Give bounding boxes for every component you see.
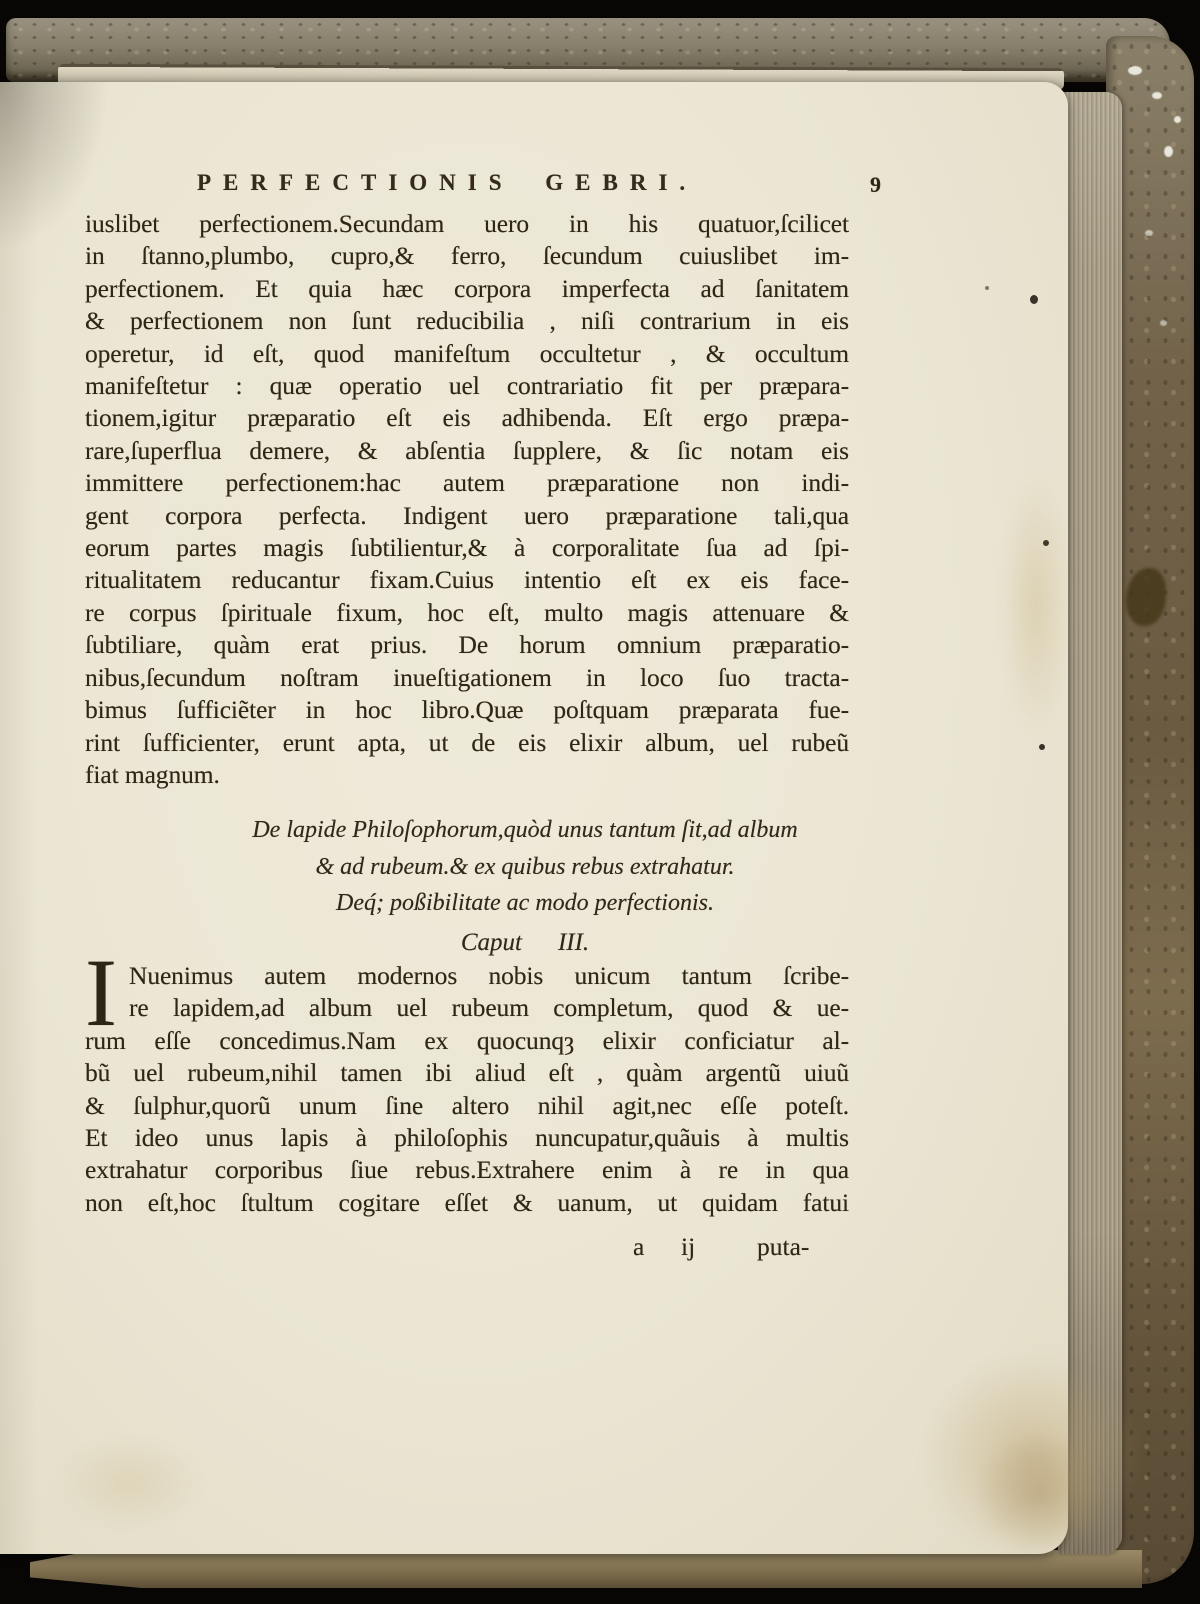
- text-line: immittere perfectionem:hac autem præpara…: [85, 467, 849, 499]
- paint-fleck: [1145, 230, 1153, 236]
- running-head: PERFECTIONIS GEBRI. 9: [85, 170, 865, 204]
- paragraph-1-last-line: fiat magnum.: [85, 759, 849, 791]
- text-line: re corpus ſpirituale fixum, hoc eſt, mul…: [85, 597, 849, 629]
- paragraph-2-lines: rum eſſe concedimus.Nam ex quocunqȝ elix…: [85, 1025, 849, 1219]
- text-line: rint ſufficienter, erunt apta, ut de eis…: [85, 727, 849, 759]
- chapter-heading-line: De lapide Philoſophorum,quòd unus tantum…: [95, 812, 955, 849]
- paint-fleck: [1174, 116, 1181, 123]
- text-line: & perfectionem non ſunt reducibilia , ni…: [85, 305, 849, 337]
- gathering-numeral: ij: [681, 1232, 695, 1262]
- signature-mark: a: [633, 1232, 644, 1262]
- text-line: operetur, id eſt, quod manifeſtum occult…: [85, 338, 849, 370]
- ink-speck: [985, 286, 989, 290]
- paint-fleck: [1160, 320, 1167, 326]
- text-line: eorum partes magis ſubtilientur,& à corp…: [85, 532, 849, 564]
- paint-fleck: [1164, 146, 1173, 157]
- text-line: ſubtiliare, quàm erat prius. De horum om…: [85, 629, 849, 661]
- text-line: bũ uel rubeum,nihil tamen ibi aliud eſt …: [85, 1057, 849, 1089]
- page-number: 9: [870, 172, 881, 198]
- ink-speck: [1039, 744, 1045, 750]
- text-line: rare,ſuperflua demere, & abſentia ſupple…: [85, 435, 849, 467]
- text-line: re lapidem,ad album uel rubeum completum…: [85, 992, 849, 1024]
- paragraph-2: Nuenimus autem modernos nobis unicum tan…: [85, 960, 849, 1219]
- text-line: in ſtanno,plumbo, cupro,& ferro, ſecundu…: [85, 240, 849, 272]
- text-line: Et ideo unus lapis à philoſophis nuncupa…: [85, 1122, 849, 1154]
- chapter-heading: De lapide Philoſophorum,quòd unus tantum…: [95, 812, 955, 961]
- text-line: perfectionem. Et quia hæc corpora imperf…: [85, 273, 849, 305]
- text-line: iuslibet perfectionem.Secundam uero in h…: [85, 208, 849, 240]
- caput-numeral: III.: [558, 929, 589, 956]
- text-line: extrahatur corporibus ſiue rebus.Extrahe…: [85, 1154, 849, 1186]
- paint-fleck: [1152, 92, 1162, 99]
- book-cover-bottom-edge: [30, 1550, 1142, 1588]
- paragraph-1: iuslibet perfectionem.Secundam uero in h…: [85, 208, 849, 791]
- caput-label: Caput: [461, 925, 522, 962]
- chapter-heading-line: Deq́; poßibilitate ac modo perfectionis.: [95, 885, 955, 922]
- ink-speck: [1043, 540, 1049, 546]
- running-title: PERFECTIONIS GEBRI.: [197, 170, 697, 195]
- text-line: manifeſtetur : quæ operatio uel contrari…: [85, 370, 849, 402]
- paint-fleck: [1128, 66, 1142, 75]
- text-line: non eſt,hoc ſtultum cogitare eſſet & uan…: [85, 1187, 849, 1219]
- ink-speck: [1030, 295, 1038, 304]
- text-line: Nuenimus autem modernos nobis unicum tan…: [85, 960, 849, 992]
- text-line: rum eſſe concedimus.Nam ex quocunqȝ elix…: [85, 1025, 849, 1057]
- chapter-heading-line: & ad rubeum.& ex quibus rebus extrahatur…: [95, 849, 955, 886]
- text-line: bimus ſufficiẽter in hoc libro.Quæ poſtq…: [85, 694, 849, 726]
- catchword: puta-: [757, 1232, 809, 1262]
- signature-line: a ij puta-: [85, 1232, 849, 1268]
- text-line: tionem,igitur præparatio eſt eis adhiben…: [85, 402, 849, 434]
- text-line: ritualitatem reducantur fixam.Cuius inte…: [85, 564, 849, 596]
- text-line: nibus,ſecundum noſtram inueſtigationem i…: [85, 662, 849, 694]
- book-scan: PERFECTIONIS GEBRI. 9 iuslibet perfectio…: [0, 0, 1200, 1604]
- text-line: & ſulphur,quorũ unum ſine altero nihil a…: [85, 1090, 849, 1122]
- chapter-number-row: CaputIII.: [95, 925, 955, 962]
- text-line: gent corpora perfecta. Indigent uero præ…: [85, 500, 849, 532]
- paragraph-1-lines: iuslibet perfectionem.Secundam uero in h…: [85, 208, 849, 759]
